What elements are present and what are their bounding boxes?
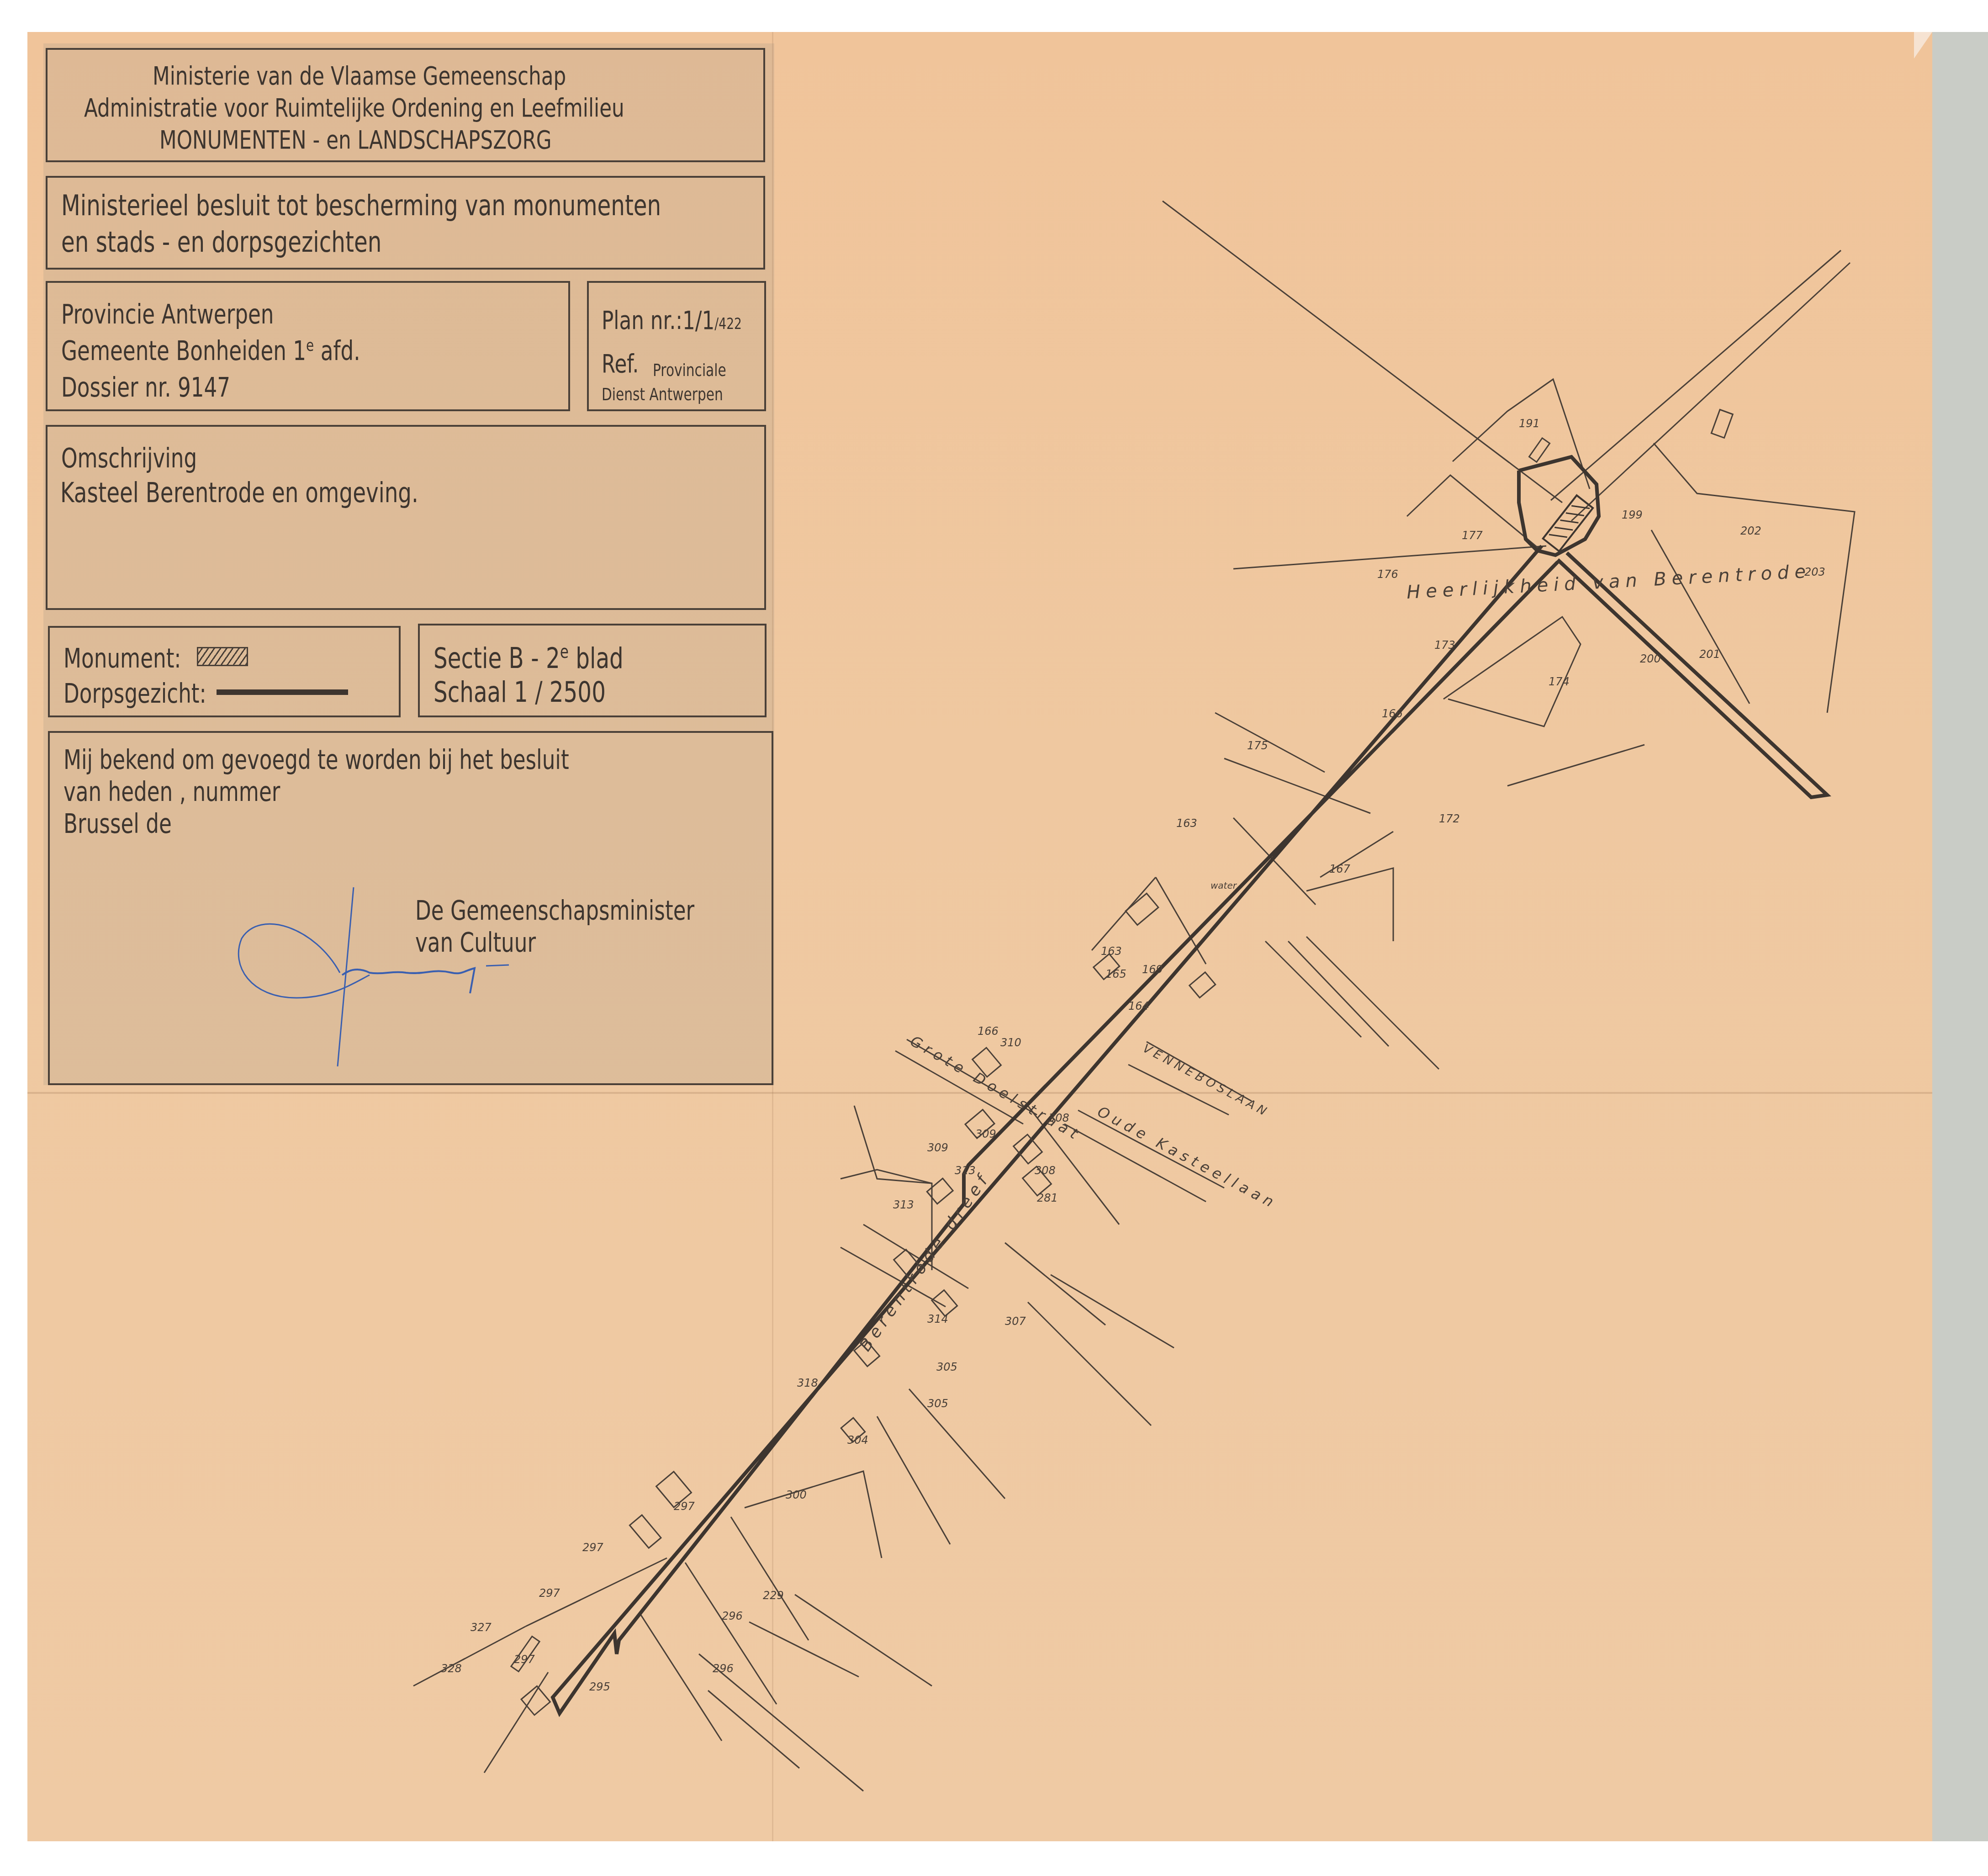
parcel-174: 174 [1549, 675, 1570, 688]
parcel-number-labels: 191 177 176 199 202 203 173 174 200 201 … [441, 417, 1825, 1693]
street-label-oude-kasteellaan: Oude Kasteellaan [1094, 1103, 1280, 1213]
parcel-313-5: 313 [893, 1198, 914, 1211]
water-label: water [1211, 880, 1237, 891]
parcel-310n: 310 [1000, 1036, 1021, 1049]
parcel-313: 313 [955, 1164, 976, 1177]
parcel-173: 173 [1434, 639, 1455, 652]
parcel-296f: 296 [722, 1610, 743, 1622]
parcel-176: 176 [1377, 568, 1398, 581]
parcel-328: 328 [441, 1662, 462, 1675]
parcel-297e: 297 [582, 1541, 604, 1554]
monument-hatched-area [1543, 495, 1593, 551]
parcel-169: 169 [1142, 963, 1163, 976]
parcel-305h: 305 [927, 1397, 948, 1410]
parcel-297f: 297 [539, 1587, 560, 1600]
parcel-308n: 308 [1035, 1164, 1056, 1177]
street-label-berentrode-dreef: Berentrode dreef [856, 1169, 994, 1355]
dorpsgezicht-boundary [553, 457, 1827, 1713]
parcel-172: 172 [1439, 812, 1460, 825]
parcel-177: 177 [1462, 529, 1483, 542]
parcel-191: 191 [1519, 417, 1540, 430]
parcel-300: 300 [786, 1489, 807, 1501]
parcel-202: 202 [1740, 525, 1761, 537]
parcel-164: 164 [1128, 1000, 1149, 1012]
parcel-295: 295 [589, 1680, 610, 1693]
parcel-308g: 308 [1048, 1112, 1069, 1124]
parcel-229: 229 [763, 1589, 784, 1602]
parcel-166g: 166 [1382, 707, 1403, 720]
parcel-175: 175 [1247, 739, 1268, 752]
parcel-167: 167 [1329, 863, 1351, 875]
parcel-166t: 166 [978, 1025, 999, 1038]
parcel-307: 307 [1005, 1315, 1026, 1328]
parcel-305g: 305 [936, 1361, 957, 1373]
cadastral-map: Heerlijkheid van Berentrode Berentrode d… [0, 0, 1988, 1876]
parcel-297c: 297 [674, 1500, 695, 1513]
area-name-label: Heerlijkheid van Berentrode [1406, 561, 1812, 603]
parcel-314: 314 [927, 1313, 948, 1325]
parcel-327: 327 [471, 1621, 492, 1634]
parcel-201: 201 [1699, 648, 1720, 661]
parcel-309d: 309 [927, 1141, 948, 1154]
parcel-203: 203 [1804, 566, 1825, 578]
building-footprints [511, 409, 1733, 1715]
parcel-296o: 296 [713, 1662, 734, 1675]
parcel-163t: 163 [1176, 817, 1197, 830]
parcel-318a: 318 [797, 1377, 818, 1389]
parcel-200: 200 [1640, 652, 1661, 665]
parcel-309k: 309 [975, 1128, 996, 1140]
parcel-199: 199 [1622, 509, 1643, 521]
